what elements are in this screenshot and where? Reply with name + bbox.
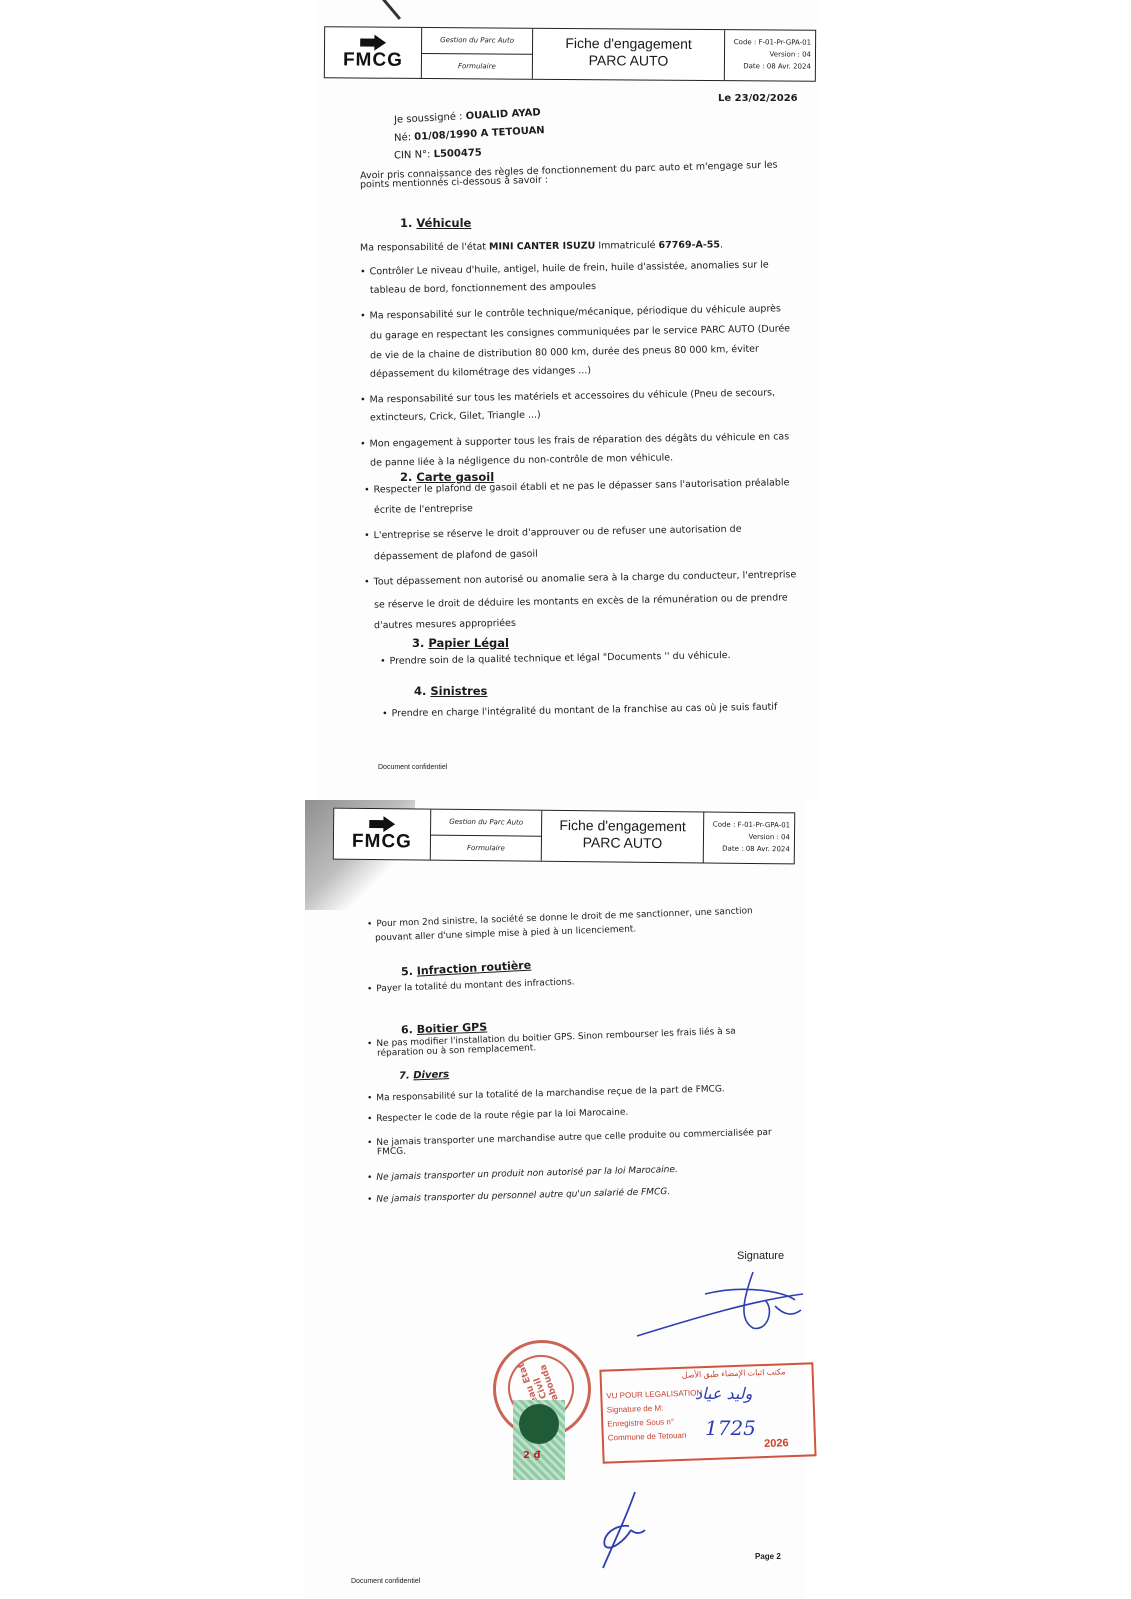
bullet-line: Payer la totalité du montant des infract… [367, 976, 575, 996]
bullet-line: écrite de l'entreprise [374, 502, 473, 517]
confidential-footer: Document confidentiel [351, 1578, 420, 1585]
section-number: 3. [412, 636, 424, 650]
fiscal-stamp-value: 2 ₫ [523, 1450, 540, 1461]
bullet-line: Contrôler Le niveau d'huile, antigel, hu… [360, 258, 769, 278]
form-date: Date : 08 Avr. 2024 [704, 842, 790, 855]
bullet-line: Respecter le code de la route régie par … [367, 1107, 629, 1127]
form-category: Gestion du Parc Auto Formulaire [431, 810, 543, 861]
title-line-1: Fiche d'engagement [542, 817, 703, 836]
form-type-label: Formulaire [422, 53, 532, 78]
cin-number: L500475 [433, 147, 481, 160]
employee-name: OUALID AYAD [465, 107, 541, 122]
fiscal-stamp: 2 ₫ [513, 1400, 565, 1480]
document-page-2: FMCG Gestion du Parc Auto Formulaire Fic… [305, 800, 805, 1599]
company-name: FMCG [343, 50, 403, 70]
section-divers-title: 7. Divers [399, 1069, 450, 1082]
company-name: FMCG [352, 832, 412, 853]
form-header: FMCG Gestion du Parc Auto Formulaire Fic… [333, 808, 796, 865]
company-logo: FMCG [325, 27, 422, 78]
page-number: Page 2 [755, 1552, 781, 1561]
section-infraction-title: 5. Infraction routière [401, 959, 532, 979]
company-logo: FMCG [334, 809, 432, 860]
vehicle-lead: Ma responsabilité de l'état [360, 241, 489, 253]
bullet-line: extincteurs, Crick, Gilet, Triangle ...) [370, 409, 541, 425]
pen-mark [382, 0, 401, 20]
bullet-line: de vie de la chaine de distribution 80 0… [370, 343, 759, 363]
section-number: 4. [414, 684, 426, 698]
form-version: Version : 04 [704, 830, 790, 843]
section-title: Divers [413, 1069, 449, 1081]
form-date: Date : 08 Avr. 2024 [725, 60, 811, 73]
form-code: Code : F-01-Pr-GPA-01 [725, 36, 811, 49]
plate-label: Immatriculé [595, 240, 658, 252]
section-title: Sinistres [430, 684, 487, 698]
confidential-footer: Document confidentiel [378, 764, 447, 771]
form-version: Version : 04 [725, 48, 811, 61]
form-category: Gestion du Parc Auto Formulaire [422, 28, 533, 79]
section-sinistres-title: 4. Sinistres [414, 684, 487, 698]
section-title: Papier Légal [428, 636, 509, 650]
bullet-line: Mon engagement à supporter tous les frai… [360, 430, 789, 450]
bullet-line: tableau de bord, fonctionnement des ampo… [370, 280, 596, 297]
form-metadata: Code : F-01-Pr-GPA-01 Version : 04 Date … [704, 812, 795, 863]
stamp-line-commune: Commune de Tetouan [608, 1431, 687, 1443]
employee-signature [635, 1270, 805, 1340]
handwritten-registration-number: 1725 [705, 1416, 756, 1440]
legalization-stamp: مكتب اثبات الإمضاء طبق الأصل VU POUR LEG… [599, 1362, 816, 1463]
bullet-line: Ma responsabilité sur le contrôle techni… [360, 302, 781, 322]
birth-date: 01/08/1990 [414, 129, 477, 143]
stamp-line-legalisation: VU POUR LEGALISATION [606, 1388, 702, 1400]
bullet-line: se réserve le droit de déduire les monta… [374, 591, 788, 611]
soussigne-line: Je soussigné : OUALID AYAD [394, 106, 541, 127]
title-line-1: Fiche d'engagement [533, 35, 724, 53]
bullet-line: Ma responsabilité sur la totalité de la … [367, 1083, 725, 1105]
bullet-line: Ne jamais transporter un produit non aut… [367, 1164, 678, 1185]
birth-label: Né: [394, 132, 415, 144]
stamp-arabic-title: مكتب اثبات الإمضاء طبق الأصل [682, 1367, 786, 1380]
form-code: Code : F-01-Pr-GPA-01 [704, 818, 790, 831]
title-line-2: PARC AUTO [542, 834, 703, 853]
title-line-2: PARC AUTO [533, 52, 724, 70]
bullet-line: Ne jamais transporter une marchandise au… [367, 1127, 772, 1151]
section-number: 6. [401, 1023, 413, 1036]
section-number: 7. [399, 1071, 410, 1082]
form-title: Fiche d'engagement PARC AUTO [542, 811, 705, 863]
official-signature [595, 1490, 655, 1570]
section-title: Véhicule [416, 216, 471, 230]
bullet-line: Prendre en charge l'intégralité du monta… [382, 701, 778, 721]
bullet-line: dépassement du kilométrage des vidanges … [370, 364, 591, 381]
soussigne-label: Je soussigné : [394, 111, 466, 126]
birth-line: Né: 01/08/1990 A TETOUAN [394, 124, 545, 145]
fiscal-seal-icon [519, 1404, 559, 1444]
signature-label: Signature [737, 1250, 784, 1263]
stamp-line-signature: Signature de M: [607, 1404, 664, 1415]
bullet-line: du garage en respectant les consignes co… [370, 322, 790, 342]
form-type-label: Formulaire [431, 835, 541, 861]
form-header: FMCG Gestion du Parc Auto Formulaire Fic… [324, 26, 816, 81]
section-title: Infraction routière [416, 959, 531, 978]
section-vehicule-title: 1. Véhicule [400, 216, 471, 230]
bullet-line: Tout dépassement non autorisé ou anomali… [364, 568, 796, 589]
bullet-line: Ma responsabilité sur tous les matériels… [360, 386, 775, 406]
bullet-line: d'autres mesures appropriées [374, 617, 516, 632]
handwritten-arabic-name: وليد عياد [695, 1384, 752, 1403]
section-number: 5. [401, 965, 414, 979]
vehicle-line: Ma responsabilité de l'état MINI CANTER … [360, 238, 723, 254]
department-label: Gestion du Parc Auto [431, 810, 541, 837]
cin-line: CIN N°: L500475 [394, 146, 482, 162]
birth-place: A TETOUAN [477, 125, 545, 140]
vehicle-plate: 67769-A-55 [658, 239, 720, 251]
document-date: Le 23/02/2026 [718, 92, 798, 105]
form-metadata: Code : F-01-Pr-GPA-01 Version : 04 Date … [725, 30, 815, 81]
bullet-line: Prendre soin de la qualité technique et … [380, 649, 731, 668]
department-label: Gestion du Parc Auto [422, 28, 532, 54]
cin-label: CIN N°: [394, 149, 434, 161]
vehicle-model: MINI CANTER ISUZU [489, 241, 595, 253]
bullet-line: L'entreprise se réserve le droit d'appro… [364, 523, 742, 543]
stamp-date: 2026 [764, 1437, 789, 1450]
bullet-line: de panne liée à la négligence du non-con… [370, 451, 673, 469]
bullet-line: Ne jamais transporter du personnel autre… [367, 1186, 670, 1207]
logo-arrow-icon [369, 816, 395, 832]
logo-arrow-icon [360, 35, 386, 51]
section-papier-legal-title: 3. Papier Légal [412, 636, 509, 650]
bullet-line: dépassement de plafond de gasoil [374, 548, 538, 564]
section-number: 1. [400, 216, 412, 230]
bullet-line: FMCG. [377, 1146, 406, 1160]
stamp-line-registre: Enregistre Sous n° [607, 1417, 674, 1428]
document-page-1: FMCG Gestion du Parc Auto Formulaire Fic… [318, 0, 818, 800]
form-title: Fiche d'engagement PARC AUTO [533, 29, 725, 80]
